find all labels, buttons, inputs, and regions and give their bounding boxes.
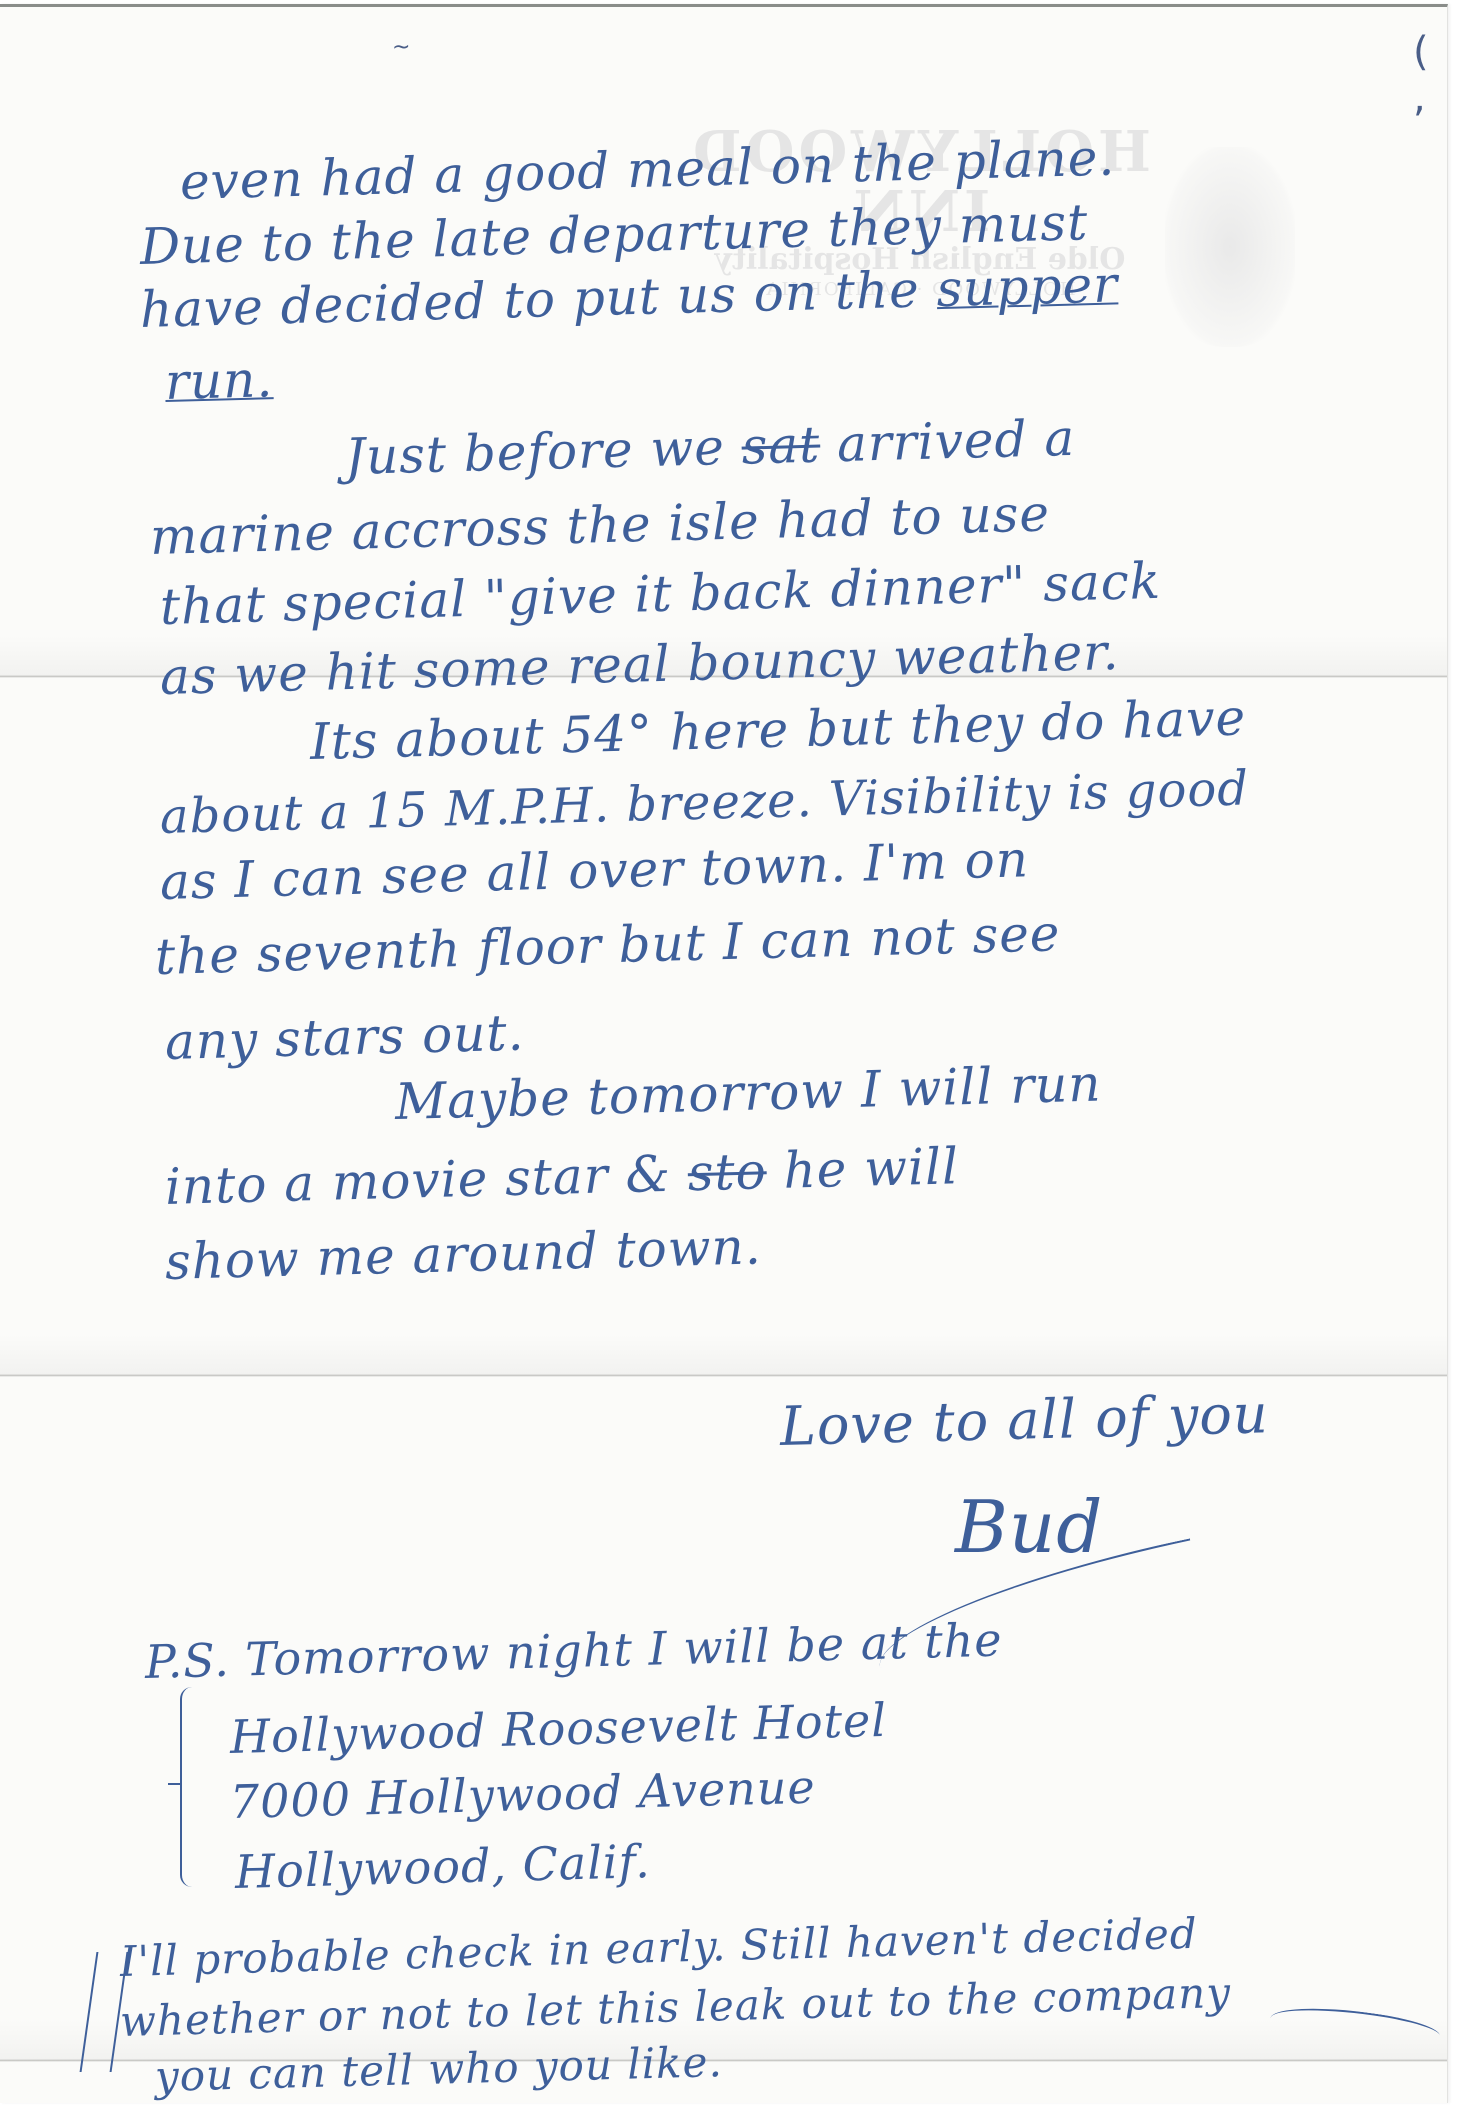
letter-line: Its about 54° here but they do have [309,688,1247,772]
letter-text: Just before we [344,418,742,486]
letter-line: Maybe tomorrow I will run [394,1054,1102,1132]
underlined-word: company [1032,1968,1232,2022]
letter-line: Just before we sat arrived a [344,408,1076,487]
letter-line: marine accross the isle had to use [149,483,1050,567]
underlined-word: supper [936,255,1119,318]
crest-showthrough-icon [1165,147,1295,347]
letter-text: into a movie star & [164,1144,688,1216]
letter-line: about a 15 M.P.H. breeze. Visibility is … [159,758,1250,846]
letter-text: he will [766,1137,960,1200]
scanned-letter: HOLLYWOOD INN Olde English Hospitality H… [0,0,1484,2127]
fold-line [0,1374,1447,1377]
postscript-line: P.S. Tomorrow night I will be at the [144,1610,1003,1692]
letter-closing: Love to all of you [779,1384,1269,1457]
signature: Bud [955,1482,1103,1572]
stray-mark-right: ( , [1413,29,1447,121]
letter-line: show me around town. [164,1216,762,1292]
letter-text: arrived a [819,409,1075,474]
postscript-address-line: 7000 Hollywood Avenue [229,1757,816,1832]
postscript-address-line: Hollywood Roosevelt Hotel [229,1690,888,1767]
underlined-word: run. [164,350,274,411]
struck-word: sto [687,1142,767,1202]
struck-word: sat [741,416,821,476]
letter-line: the seventh floor but I can not see [154,903,1061,987]
postscript-address-line: Hollywood, Calif. [234,1831,651,1902]
stray-mark-left: ~ [392,35,410,60]
address-brace [180,1687,202,1887]
letter-line: any stars out. [164,1003,525,1072]
letter-paper: HOLLYWOOD INN Olde English Hospitality H… [0,4,1448,2103]
letter-line: run. [164,349,274,412]
fold-shadow [0,1334,1447,1374]
letter-line: into a movie star & sto he will [164,1136,960,1217]
